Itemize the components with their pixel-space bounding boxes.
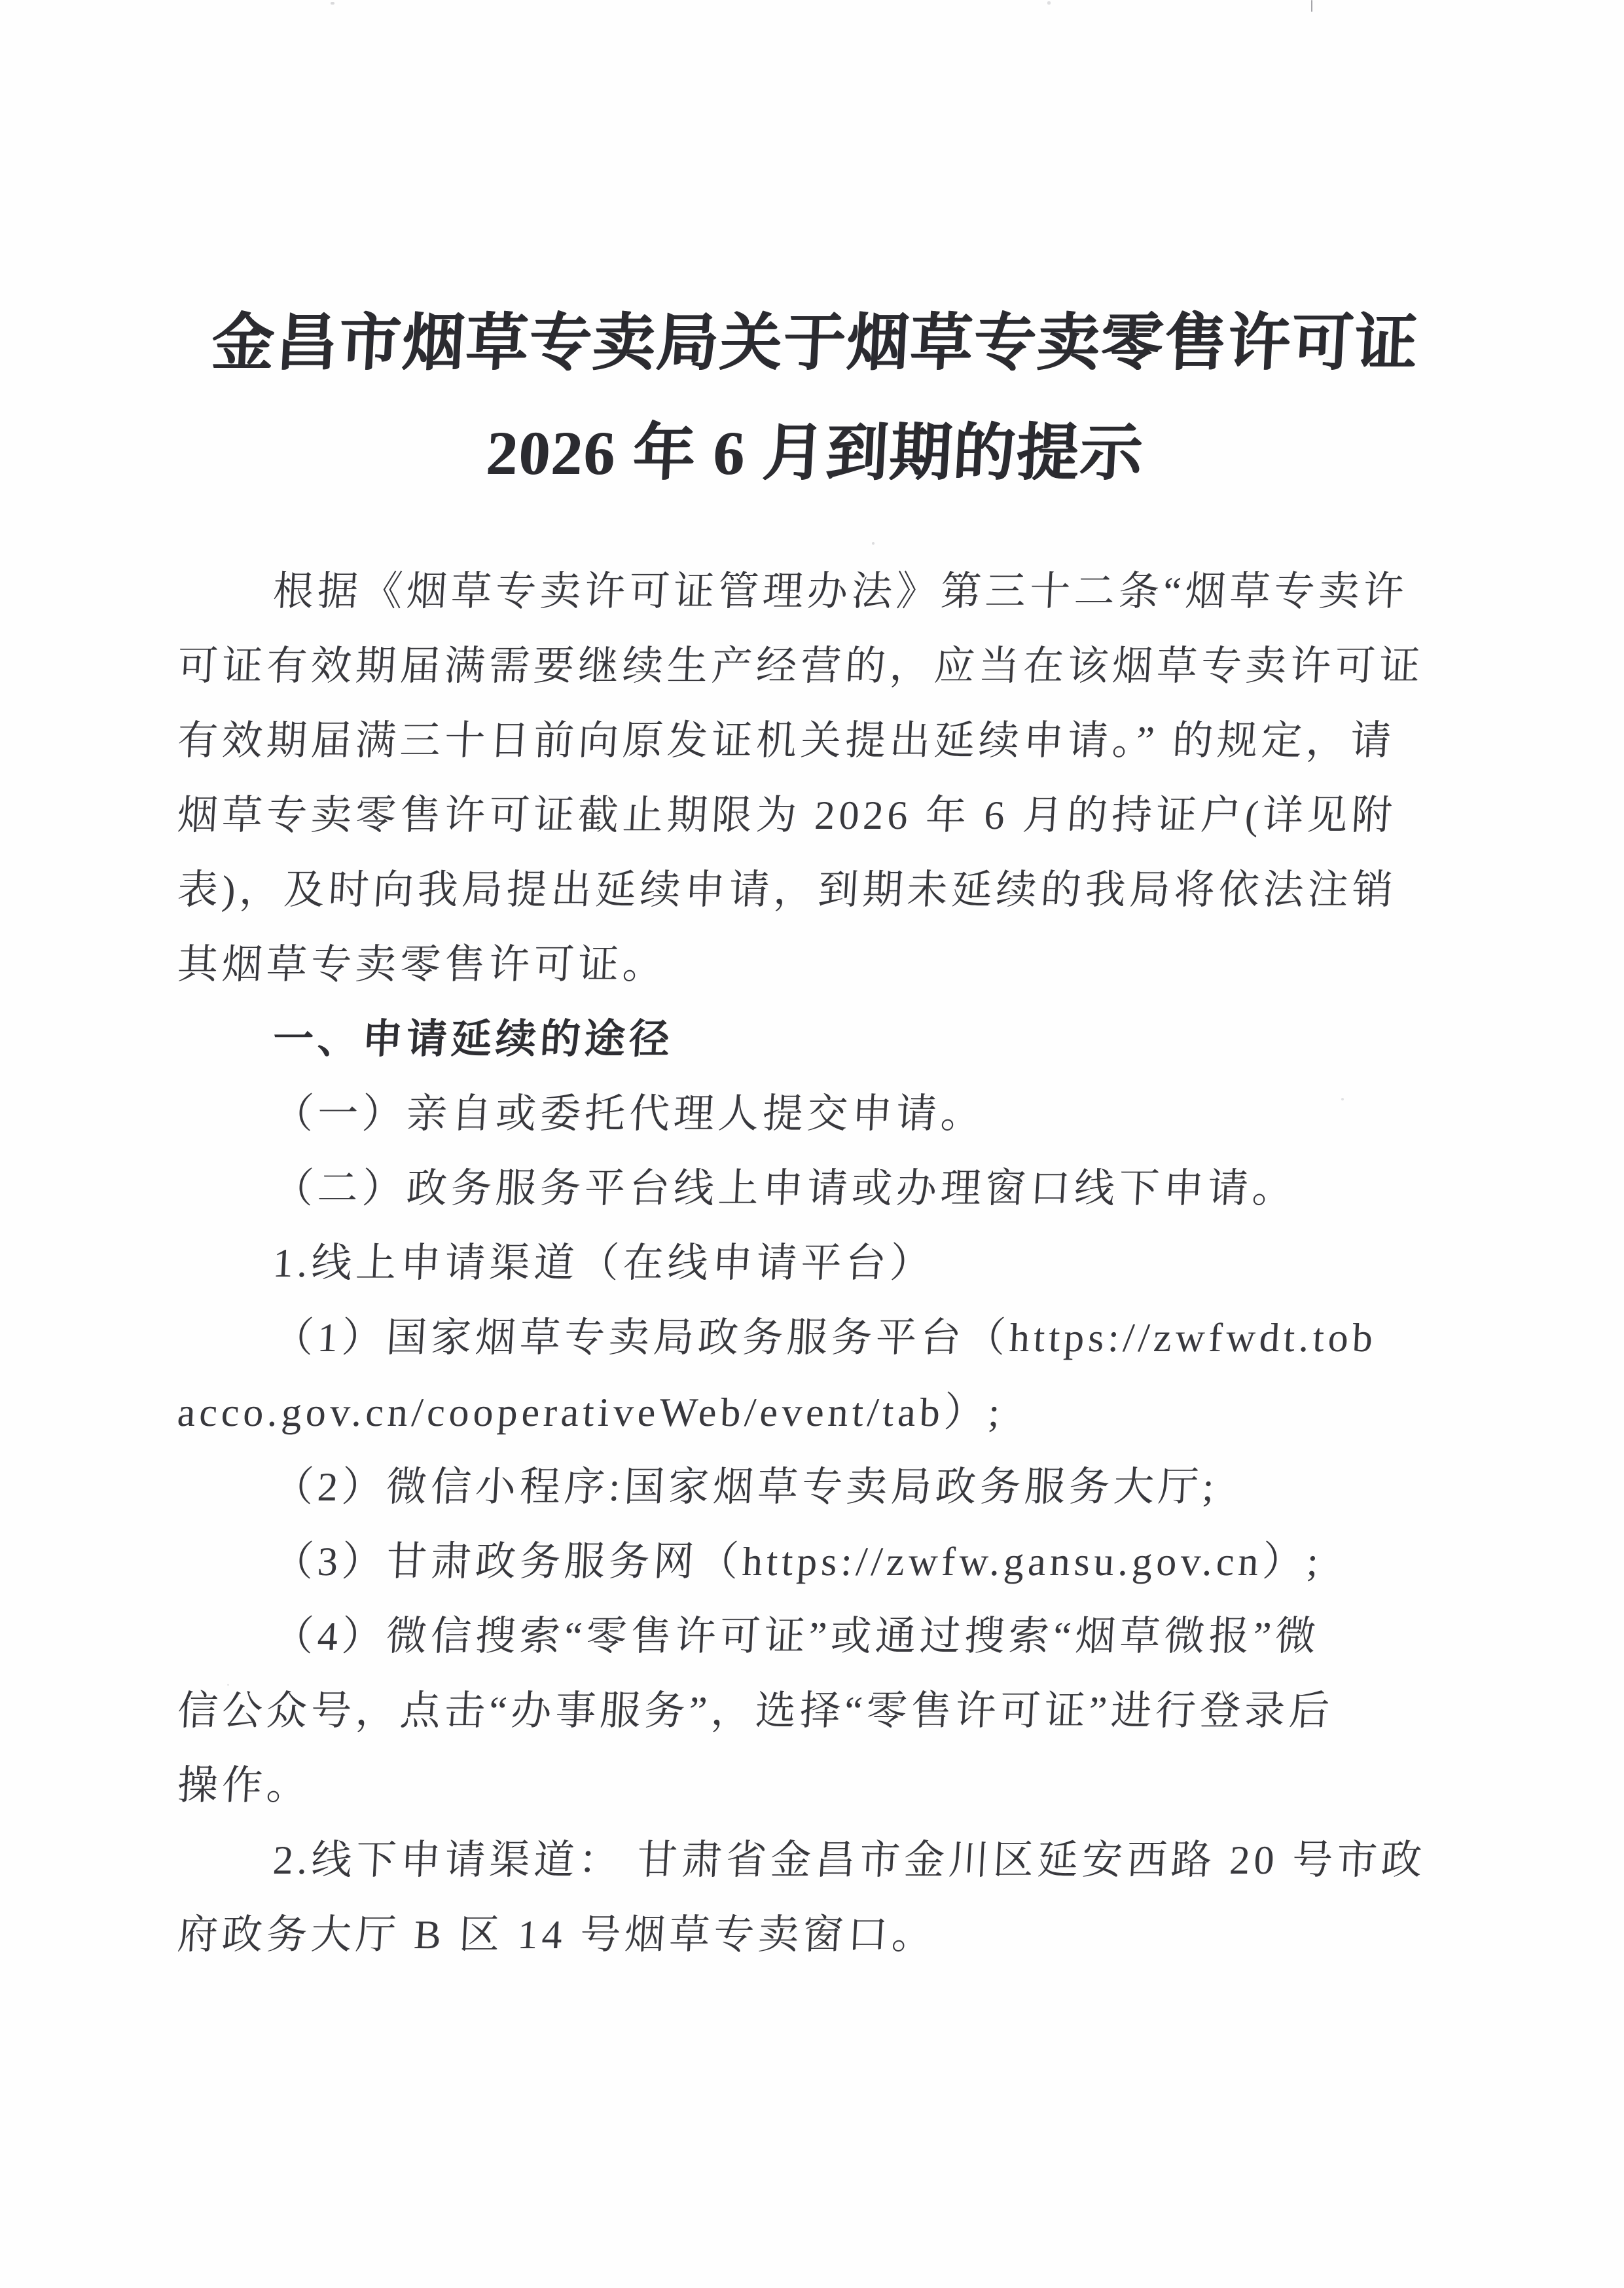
document-body: 根据《烟草专卖许可证管理办法》第三十二条“烟草专卖许 可证有效期届满需要继续生产… <box>175 554 1453 1972</box>
body-line: 根据《烟草专卖许可证管理办法》第三十二条“烟草专卖许 <box>175 554 1457 629</box>
body-line: 其烟草专卖零售许可证。 <box>175 928 1457 1002</box>
body-line: 可证有效期届满需要继续生产经营的，应当在该烟草专卖许可证 <box>175 629 1457 704</box>
body-line: （二）政务服务平台线上申请或办理窗口线下申请。 <box>175 1152 1457 1226</box>
document-title-line-1: 金昌市烟草专卖局关于烟草专卖零售许可证 <box>0 288 1624 398</box>
body-line: 信公众号，点击“办事服务”，选择“零售许可证”进行登录后 <box>175 1674 1457 1749</box>
scan-artifact <box>872 542 875 545</box>
scanned-document-page: 金昌市烟草专卖局关于烟草专卖零售许可证 2026 年 6 月到期的提示 根据《烟… <box>0 0 1624 2288</box>
body-line: （1）国家烟草专卖局政务服务平台（https://zwfwdt.tob <box>175 1301 1457 1375</box>
body-line: 有效期届满三十日前向原发证机关提出延续申请。” 的规定，请 <box>175 704 1457 778</box>
scan-artifact <box>1047 1 1051 5</box>
body-line: 烟草专卖零售许可证截止期限为 2026 年 6 月的持证户(详见附 <box>175 778 1457 853</box>
scan-artifact <box>1311 0 1312 12</box>
body-line: （3）甘肃政务服务网（https://zwfw.gansu.gov.cn）; <box>175 1525 1457 1599</box>
body-line: 表)，及时向我局提出延续申请，到期未延续的我局将依法注销 <box>175 853 1457 928</box>
scan-artifact <box>331 2 334 5</box>
document-title: 金昌市烟草专卖局关于烟草专卖零售许可证 2026 年 6 月到期的提示 <box>0 288 1624 508</box>
document-title-line-2: 2026 年 6 月到期的提示 <box>0 398 1624 508</box>
body-line: 府政务大厅 B 区 14 号烟草专卖窗口。 <box>175 1898 1457 1972</box>
body-line: （2）微信小程序:国家烟草专卖局政务服务大厅; <box>175 1450 1457 1525</box>
body-line: 1.线上申请渠道（在线申请平台） <box>175 1226 1457 1301</box>
section-heading: 一、申请延续的途径 <box>175 1002 1457 1077</box>
body-line: 操作。 <box>175 1749 1457 1823</box>
body-line: （一）亲自或委托代理人提交申请。 <box>175 1077 1457 1152</box>
body-line: （4）微信搜索“零售许可证”或通过搜索“烟草微报”微 <box>175 1599 1457 1674</box>
body-line: acco.gov.cn/cooperativeWeb/event/tab）; <box>175 1375 1457 1450</box>
body-line: 2.线下申请渠道： 甘肃省金昌市金川区延安西路 20 号市政 <box>175 1823 1457 1898</box>
